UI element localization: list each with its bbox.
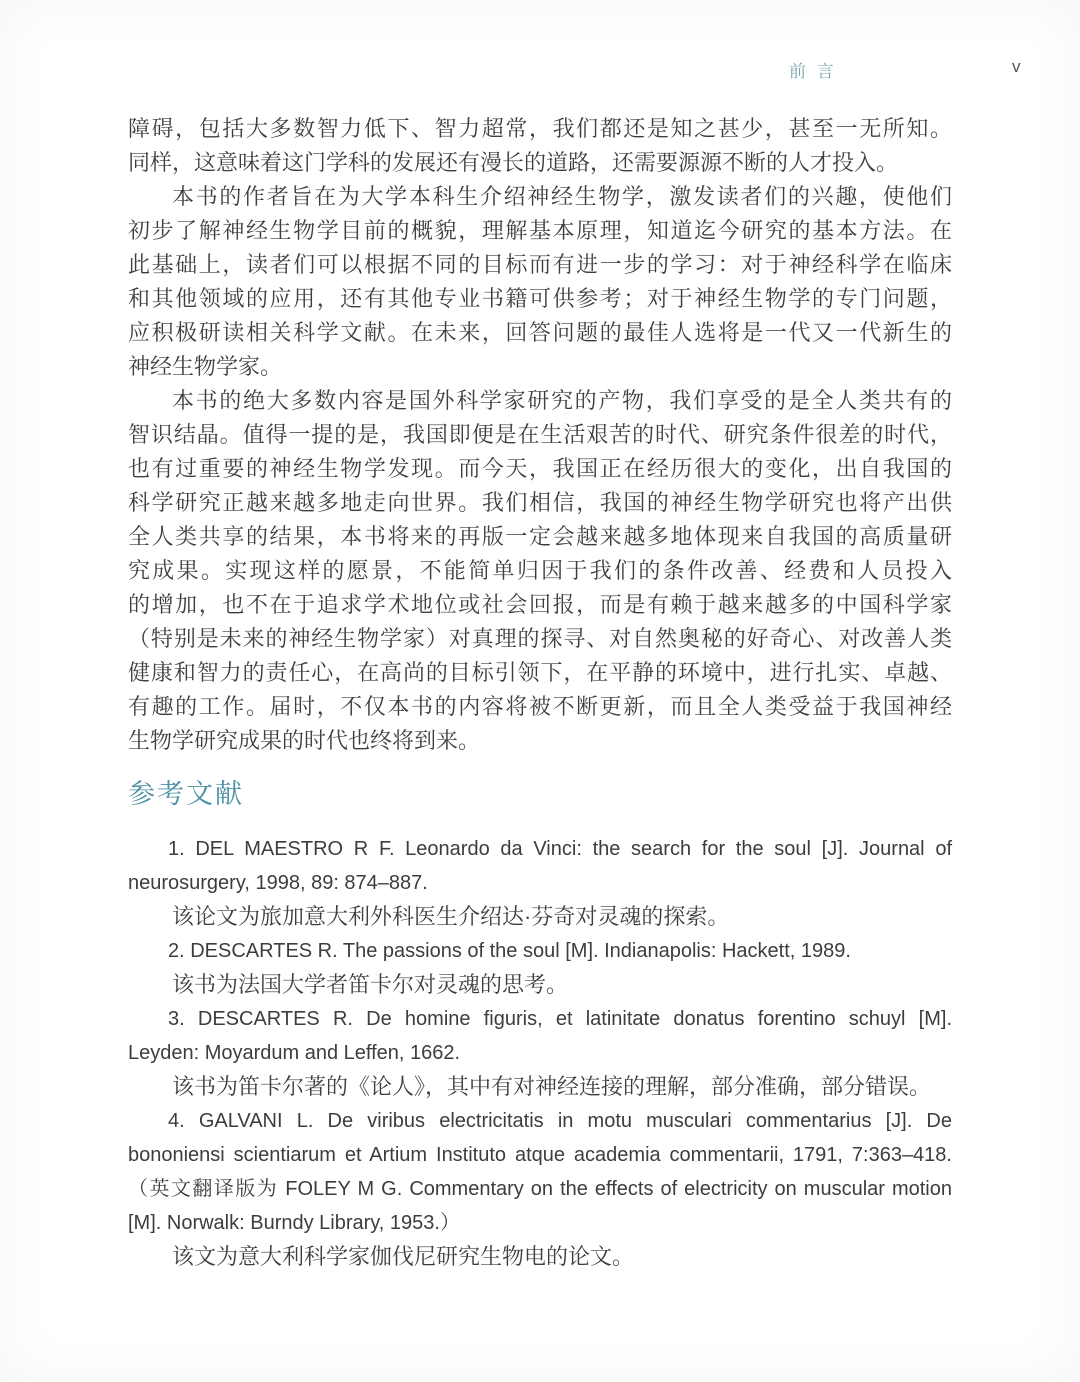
body-text-line: 同样，这意味着这门学科的发展还有漫长的道路，还需要源源不断的人才投入。 (128, 146, 952, 180)
reference-item: 1. DEL MAESTRO R F. Leonardo da Vinci: t… (128, 832, 952, 934)
body-text-line: 的增加，也不在于追求学术地位或社会回报，而是有赖于越来越多的中国科学家 (128, 588, 952, 622)
body-text-line: 和其他领域的应用，还有其他专业书籍可供参考；对于神经生物学的专门问题， (128, 282, 952, 316)
body-text-line: 本书的绝大多数内容是国外科学家研究的产物，我们享受的是全人类共有的 (128, 384, 952, 418)
body-text-line: 本书的作者旨在为大学本科生介绍神经生物学，激发读者们的兴趣，使他们 (128, 180, 952, 214)
reference-citation-line: Leyden: Moyardum and Leffen, 1662. (128, 1036, 952, 1070)
paragraph: 本书的作者旨在为大学本科生介绍神经生物学，激发读者们的兴趣，使他们初步了解神经生… (128, 180, 952, 384)
body-text-line: 全人类共享的结果，本书将来的再版一定会越来越多地体现来自我国的高质量研 (128, 520, 952, 554)
body-text-line: 障碍，包括大多数智力低下、智力超常，我们都还是知之甚少，甚至一无所知。 (128, 112, 952, 146)
references-list: 1. DEL MAESTRO R F. Leonardo da Vinci: t… (128, 832, 952, 1274)
chapter-header-label: 前 言 (789, 57, 837, 82)
reference-note: 该论文为旅加意大利外科医生介绍达·芬奇对灵魂的探索。 (128, 900, 952, 934)
paragraph: 本书的绝大多数内容是国外科学家研究的产物，我们享受的是全人类共有的智识结晶。值得… (128, 384, 952, 758)
body-text-line: 应积极研读相关科学文献。在未来，回答问题的最佳人选将是一代又一代新生的 (128, 316, 952, 350)
page-number: v (1012, 57, 1021, 77)
references-heading: 参考文献 (128, 778, 952, 810)
reference-citation-line: [M]. Norwalk: Burndy Library, 1953.） (128, 1206, 952, 1240)
body-text-line: 神经生物学家。 (128, 350, 952, 384)
reference-note: 该书为笛卡尔著的《论人》，其中有对神经连接的理解，部分准确，部分错误。 (128, 1070, 952, 1104)
body-text-line: 此基础上，读者们可以根据不同的目标而有进一步的学习：对于神经科学在临床 (128, 248, 952, 282)
body-text-line: 究成果。实现这样的愿景，不能简单归因于我们的条件改善、经费和人员投入 (128, 554, 952, 588)
running-header: 前 言 v (0, 57, 1080, 83)
reference-citation-line: 2. DESCARTES R. The passions of the soul… (128, 934, 952, 968)
reference-citation-line: 3. DESCARTES R. De homine figuris, et la… (128, 1002, 952, 1036)
body-text-line: （特别是未来的神经生物学家）对真理的探寻、对自然奥秘的好奇心、对改善人类 (128, 622, 952, 656)
reference-item: 4. GALVANI L. De viribus electricitatis … (128, 1104, 952, 1274)
page-content: 障碍，包括大多数智力低下、智力超常，我们都还是知之甚少，甚至一无所知。同样，这意… (128, 112, 952, 1274)
reference-note: 该文为意大利科学家伽伐尼研究生物电的论文。 (128, 1240, 952, 1274)
reference-citation-line: 4. GALVANI L. De viribus electricitatis … (128, 1104, 952, 1138)
body-text-line: 智识结晶。值得一提的是，我国即便是在生活艰苦的时代、研究条件很差的时代， (128, 418, 952, 452)
reference-citation-line: 1. DEL MAESTRO R F. Leonardo da Vinci: t… (128, 832, 952, 866)
reference-citation-line: neurosurgery, 1998, 89: 874–887. (128, 866, 952, 900)
reference-citation-line: bononiensi scientiarum et Artium Institu… (128, 1138, 952, 1172)
paragraph: 障碍，包括大多数智力低下、智力超常，我们都还是知之甚少，甚至一无所知。同样，这意… (128, 112, 952, 180)
reference-item: 2. DESCARTES R. The passions of the soul… (128, 934, 952, 1002)
body-paragraphs: 障碍，包括大多数智力低下、智力超常，我们都还是知之甚少，甚至一无所知。同样，这意… (128, 112, 952, 758)
body-text-line: 也有过重要的神经生物学发现。而今天，我国正在经历很大的变化，出自我国的 (128, 452, 952, 486)
book-page: 前 言 v 障碍，包括大多数智力低下、智力超常，我们都还是知之甚少，甚至一无所知… (0, 0, 1080, 1382)
body-text-line: 有趣的工作。届时，不仅本书的内容将被不断更新，而且全人类受益于我国神经 (128, 690, 952, 724)
reference-citation-line: （英文翻译版为 FOLEY M G. Commentary on the eff… (128, 1172, 952, 1206)
reference-note: 该书为法国大学者笛卡尔对灵魂的思考。 (128, 968, 952, 1002)
body-text-line: 健康和智力的责任心，在高尚的目标引领下，在平静的环境中，进行扎实、卓越、 (128, 656, 952, 690)
body-text-line: 科学研究正越来越多地走向世界。我们相信，我国的神经生物学研究也将产出供 (128, 486, 952, 520)
reference-item: 3. DESCARTES R. De homine figuris, et la… (128, 1002, 952, 1104)
body-text-line: 生物学研究成果的时代也终将到来。 (128, 724, 952, 758)
body-text-line: 初步了解神经生物学目前的概貌，理解基本原理，知道迄今研究的基本方法。在 (128, 214, 952, 248)
